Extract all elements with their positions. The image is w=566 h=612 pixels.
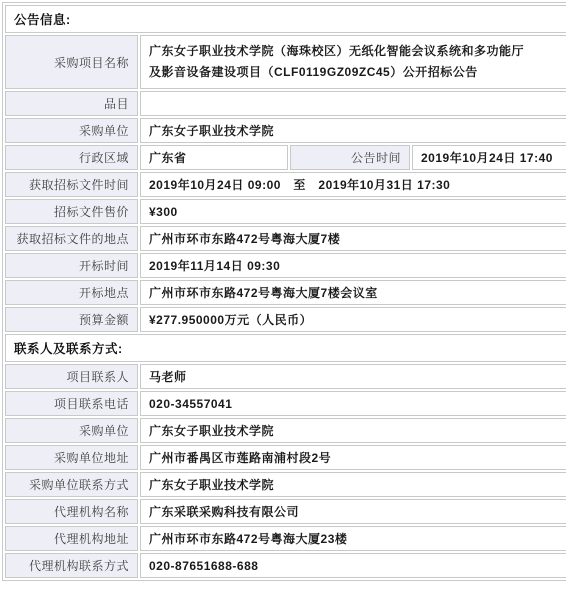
field-value-publish-time: 2019年10月24日 17:40	[412, 145, 566, 170]
field-label: 采购单位地址	[5, 445, 138, 470]
field-value-doc-obtain-place: 广州市环市东路472号粤海大厦7楼	[140, 226, 566, 251]
table-row-bid-open-place: 开标地点 广州市环市东路472号粤海大厦7楼会议室	[5, 280, 566, 305]
field-value-purchaser-contact: 广东女子职业技术学院	[140, 472, 566, 497]
field-label: 获取招标文件时间	[5, 172, 138, 197]
table-row-agency-contact: 代理机构联系方式 020-87651688-688	[5, 553, 566, 578]
field-value-project-name: 广东女子职业技术学院（海珠校区）无纸化智能会议系统和多功能厅 及影音设备建设项目…	[140, 35, 566, 89]
table-row-contact-phone: 项目联系电话 020-34557041	[5, 391, 566, 416]
field-value-budget: ¥277.950000万元（人民币）	[140, 307, 566, 332]
field-value-agency-address: 广州市环市东路472号粤海大厦23楼	[140, 526, 566, 551]
field-label: 预算金额	[5, 307, 138, 332]
table-row-bid-open-time: 开标时间 2019年11月14日 09:30	[5, 253, 566, 278]
field-label: 代理机构地址	[5, 526, 138, 551]
field-label: 采购项目名称	[5, 35, 138, 89]
field-value-contact-person: 马老师	[140, 364, 566, 389]
field-label: 获取招标文件的地点	[5, 226, 138, 251]
section-header-row: 联系人及联系方式:	[5, 334, 566, 362]
field-label: 代理机构联系方式	[5, 553, 138, 578]
field-value-region: 广东省	[140, 145, 288, 170]
field-value-purchaser-name: 广东女子职业技术学院	[140, 418, 566, 443]
table-row-purchaser-address: 采购单位地址 广州市番禺区市莲路南浦村段2号	[5, 445, 566, 470]
field-value-doc-obtain-time: 2019年10月24日 09:00 至 2019年10月31日 17:30	[140, 172, 566, 197]
table-row-agency-address: 代理机构地址 广州市环市东路472号粤海大厦23楼	[5, 526, 566, 551]
field-label: 项目联系电话	[5, 391, 138, 416]
announcement-table: 公告信息: 采购项目名称 广东女子职业技术学院（海珠校区）无纸化智能会议系统和多…	[2, 2, 566, 581]
section-header-contacts: 联系人及联系方式:	[5, 334, 566, 362]
field-value-category	[140, 91, 566, 116]
field-label: 项目联系人	[5, 364, 138, 389]
field-value-purchaser: 广东女子职业技术学院	[140, 118, 566, 143]
field-label: 行政区域	[5, 145, 138, 170]
field-value-bid-open-place: 广州市环市东路472号粤海大厦7楼会议室	[140, 280, 566, 305]
table-row-contact-person: 项目联系人 马老师	[5, 364, 566, 389]
field-label: 采购单位	[5, 418, 138, 443]
table-row-region-and-publish-time: 行政区域 广东省 公告时间 2019年10月24日 17:40	[5, 145, 566, 170]
section-header-row: 公告信息:	[5, 5, 566, 33]
field-label: 公告时间	[290, 145, 410, 170]
table-row-purchaser: 采购单位 广东女子职业技术学院	[5, 118, 566, 143]
field-value-agency-contact: 020-87651688-688	[140, 553, 566, 578]
field-label: 采购单位联系方式	[5, 472, 138, 497]
table-row-project-name: 采购项目名称 广东女子职业技术学院（海珠校区）无纸化智能会议系统和多功能厅 及影…	[5, 35, 566, 89]
table-row-doc-obtain-time: 获取招标文件时间 2019年10月24日 09:00 至 2019年10月31日…	[5, 172, 566, 197]
field-label: 品目	[5, 91, 138, 116]
table-row-doc-obtain-place: 获取招标文件的地点 广州市环市东路472号粤海大厦7楼	[5, 226, 566, 251]
table-row-budget: 预算金额 ¥277.950000万元（人民币）	[5, 307, 566, 332]
table-row-purchaser-contact: 采购单位联系方式 广东女子职业技术学院	[5, 472, 566, 497]
table-row-category: 品目	[5, 91, 566, 116]
field-label: 招标文件售价	[5, 199, 138, 224]
table-row-purchaser-name: 采购单位 广东女子职业技术学院	[5, 418, 566, 443]
field-label: 采购单位	[5, 118, 138, 143]
field-value-doc-price: ¥300	[140, 199, 566, 224]
field-value-bid-open-time: 2019年11月14日 09:30	[140, 253, 566, 278]
table-row-doc-price: 招标文件售价 ¥300	[5, 199, 566, 224]
field-value-contact-phone: 020-34557041	[140, 391, 566, 416]
section-header-announcement: 公告信息:	[5, 5, 566, 33]
field-label: 代理机构名称	[5, 499, 138, 524]
field-value-purchaser-address: 广州市番禺区市莲路南浦村段2号	[140, 445, 566, 470]
field-value-agency-name: 广东采联采购科技有限公司	[140, 499, 566, 524]
table-row-agency-name: 代理机构名称 广东采联采购科技有限公司	[5, 499, 566, 524]
field-label: 开标地点	[5, 280, 138, 305]
field-label: 开标时间	[5, 253, 138, 278]
